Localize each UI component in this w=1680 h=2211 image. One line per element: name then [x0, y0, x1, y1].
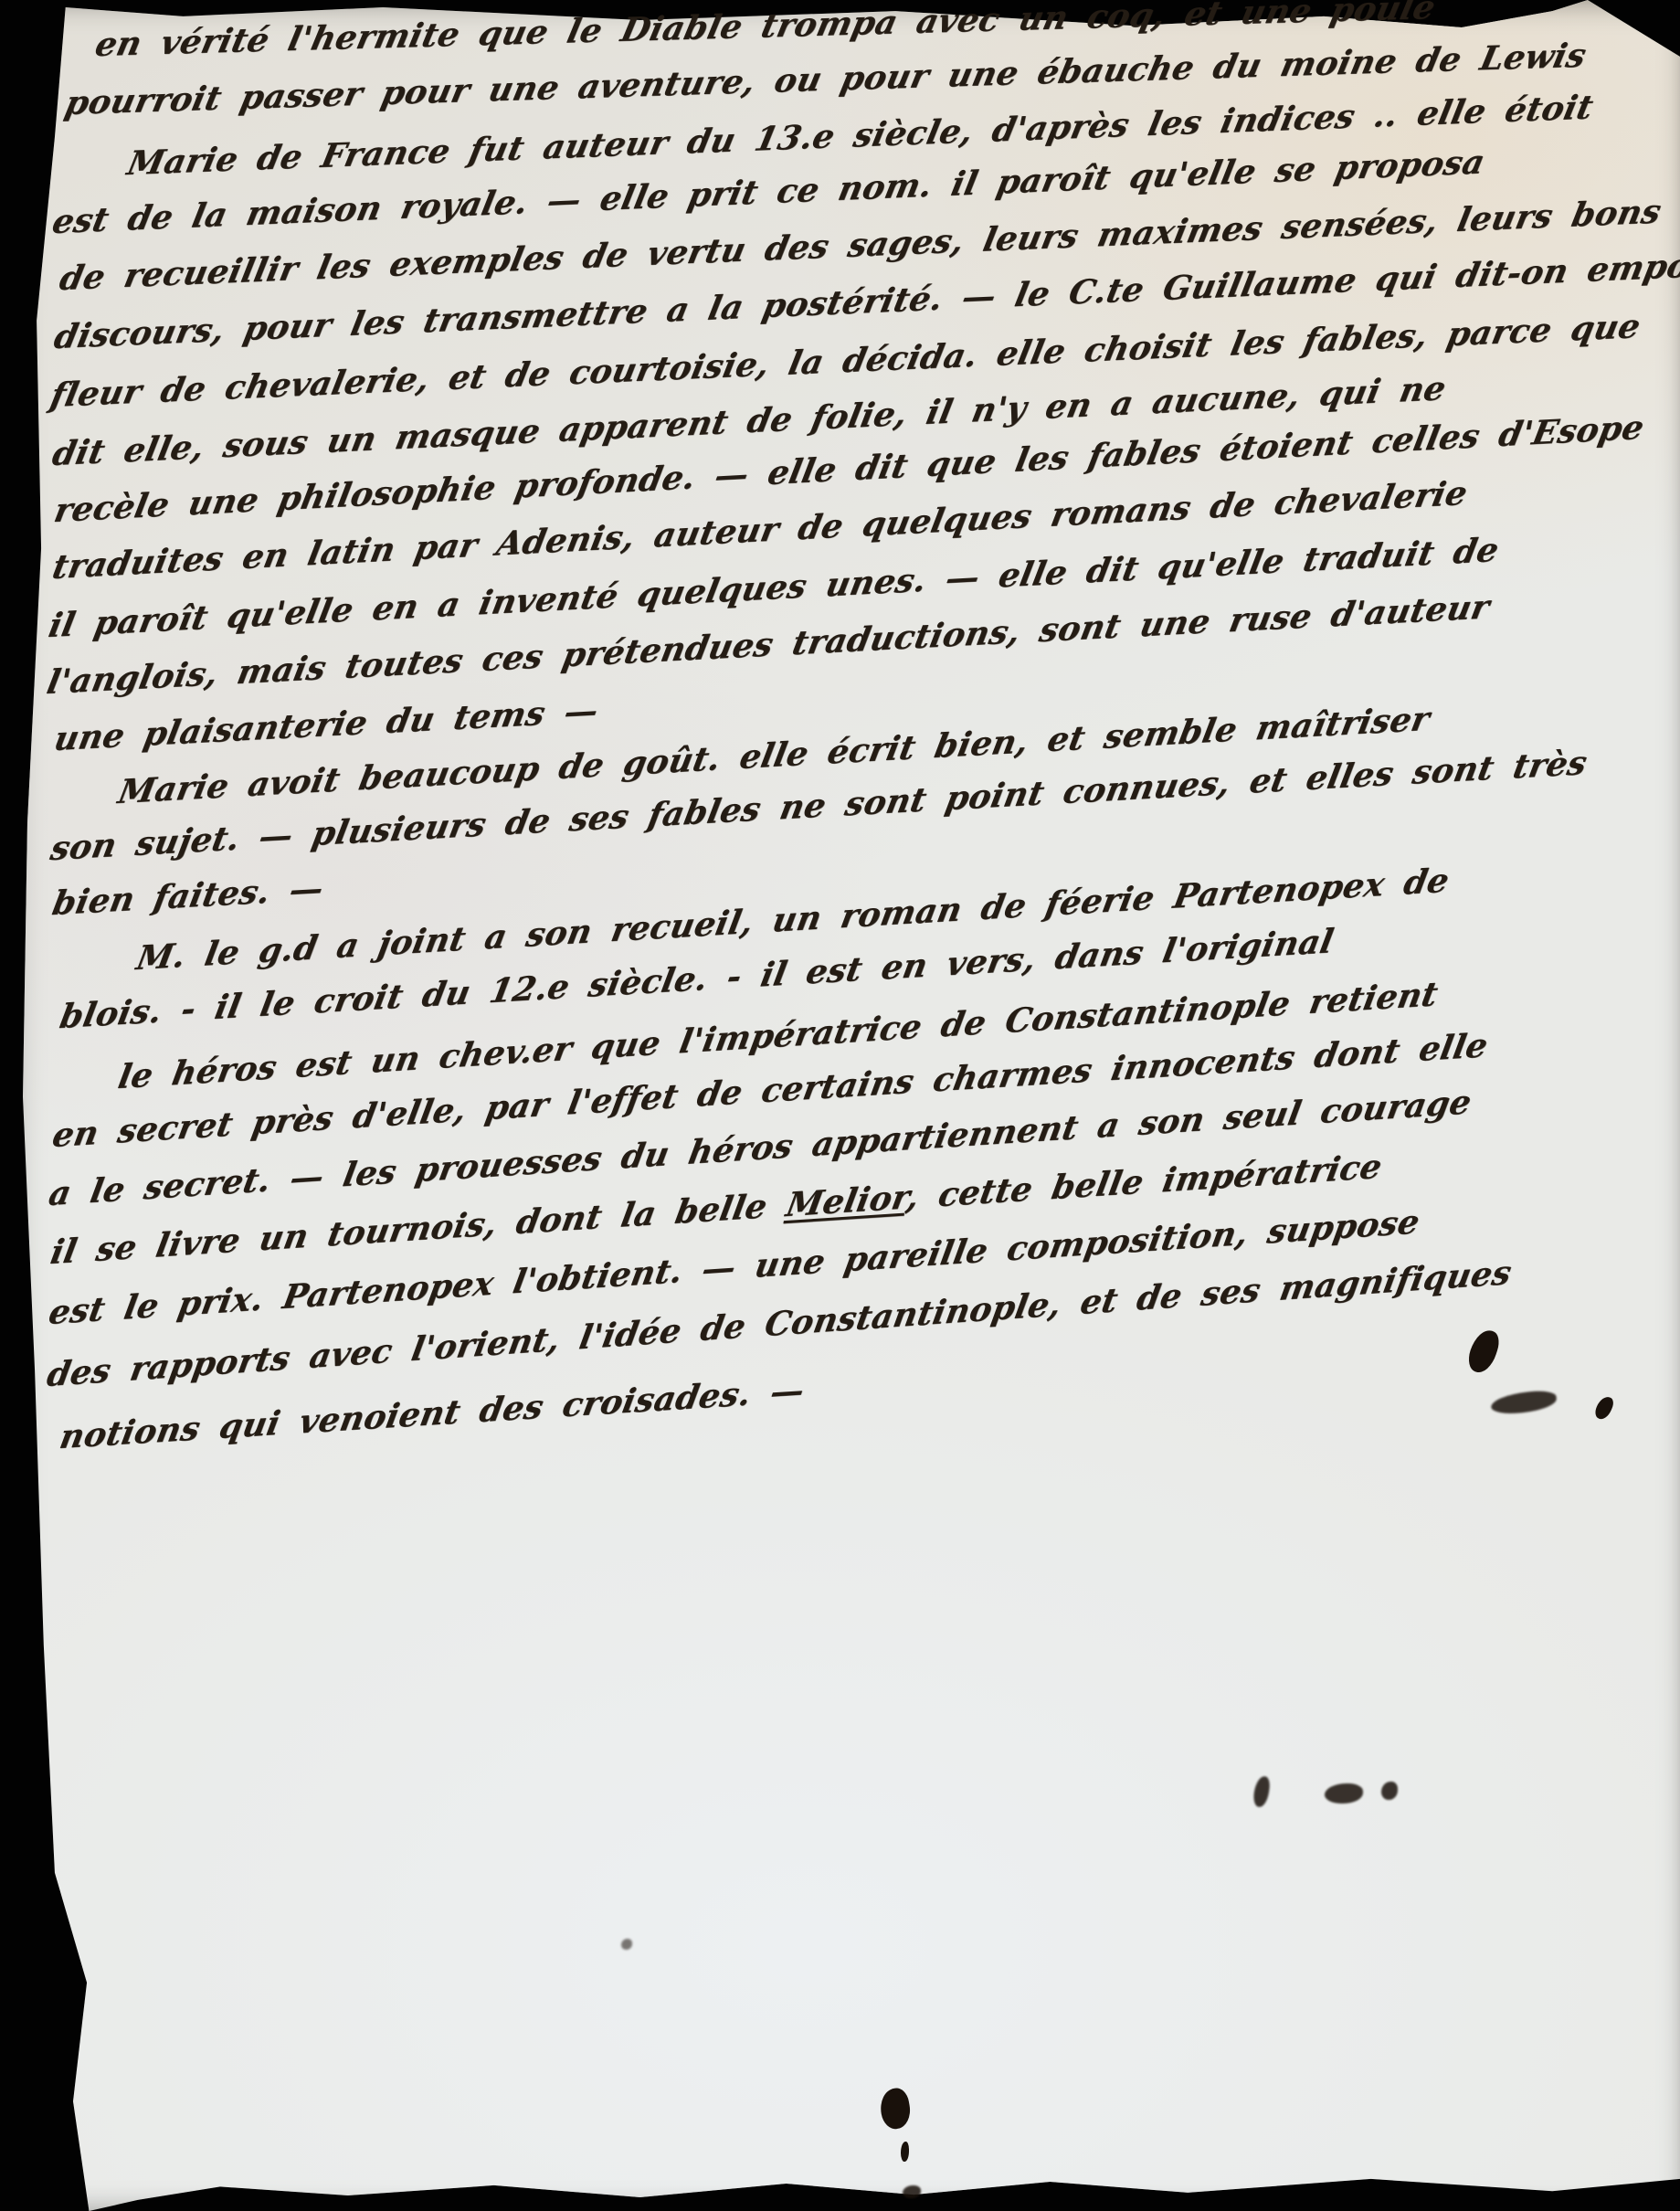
- photo-frame: en vérité l'hermite que le Diable trompa…: [0, 0, 1680, 2211]
- ink-speck: [903, 2185, 921, 2198]
